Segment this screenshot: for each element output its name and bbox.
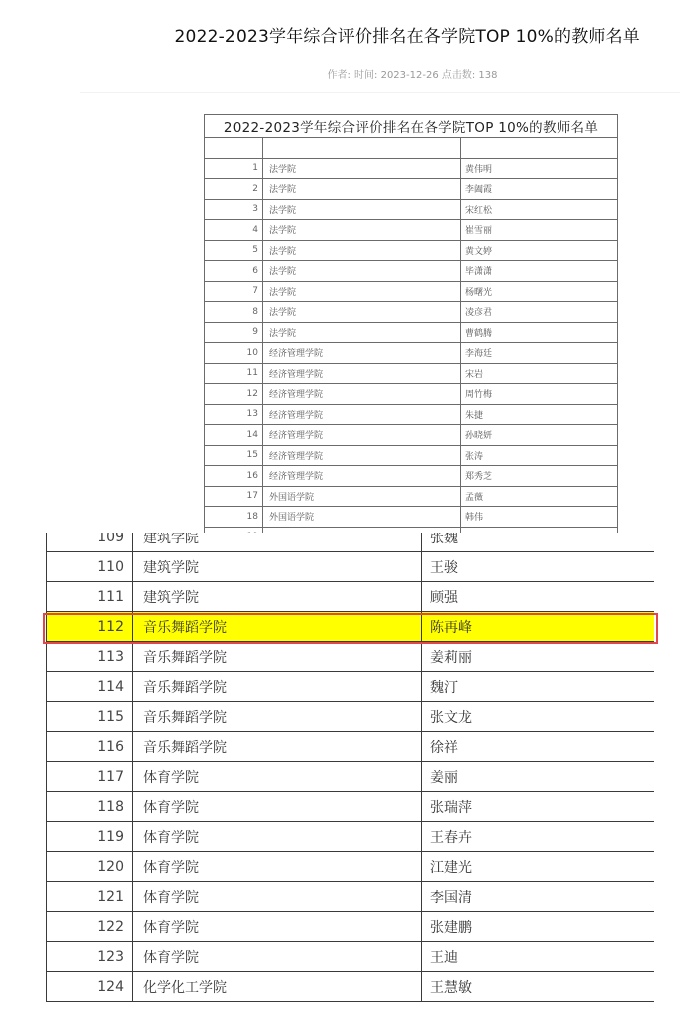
college-cell: 经济管理学院 xyxy=(263,343,461,364)
row-number: 121 xyxy=(47,882,133,912)
teacher-name-cell: 魏汀 xyxy=(422,672,655,702)
row-number: 1 xyxy=(205,158,263,179)
teacher-name-cell: 张魏 xyxy=(422,533,655,552)
teacher-name-cell: 姜莉丽 xyxy=(422,642,655,672)
teacher-name-cell: 李海廷 xyxy=(461,343,618,364)
small-table-image: 2022-2023学年综合评价排名在各学院TOP 10%的教师名单 1法学院黄伟… xyxy=(203,113,619,533)
teacher-name-cell: 李国清 xyxy=(422,882,655,912)
teacher-name-cell: 杨曙光 xyxy=(461,281,618,302)
teacher-name-cell: 崔雪丽 xyxy=(461,220,618,241)
teacher-name-cell: 曹鹤腾 xyxy=(461,322,618,343)
table-row: 11经济管理学院宋岩 xyxy=(205,363,618,384)
college-cell: 法学院 xyxy=(263,240,461,261)
row-number: 4 xyxy=(205,220,263,241)
college-cell: 音乐舞蹈学院 xyxy=(133,732,422,762)
row-number: 113 xyxy=(47,642,133,672)
teacher-name-cell: 凌彦君 xyxy=(461,302,618,323)
table-row: 122体育学院张建鹏 xyxy=(47,912,655,942)
college-cell: 建筑学院 xyxy=(133,552,422,582)
row-number: 109 xyxy=(47,533,133,552)
teacher-name-cell: 王春卉 xyxy=(422,822,655,852)
table-row: 12经济管理学院周竹梅 xyxy=(205,384,618,405)
row-number: 118 xyxy=(47,792,133,822)
teacher-name-cell: 王迪 xyxy=(422,942,655,972)
teacher-name-cell: 张建鹏 xyxy=(422,912,655,942)
row-number: 12 xyxy=(205,384,263,405)
college-cell: 法学院 xyxy=(263,158,461,179)
teacher-name-cell: 江建光 xyxy=(422,852,655,882)
table-row: 112音乐舞蹈学院陈再峰 xyxy=(47,612,655,642)
college-cell: 法学院 xyxy=(263,302,461,323)
row-number: 112 xyxy=(47,612,133,642)
row-number: 3 xyxy=(205,199,263,220)
college-cell: 法学院 xyxy=(263,281,461,302)
college-cell: 体育学院 xyxy=(133,822,422,852)
table-row: 13经济管理学院朱捷 xyxy=(205,404,618,425)
table-row: 15经济管理学院张涛 xyxy=(205,445,618,466)
row-number: 5 xyxy=(205,240,263,261)
row-number: 11 xyxy=(205,363,263,384)
college-cell: 音乐舞蹈学院 xyxy=(133,642,422,672)
table-row: 116音乐舞蹈学院徐祥 xyxy=(47,732,655,762)
college-cell: 经济管理学院 xyxy=(263,363,461,384)
row-number: 122 xyxy=(47,912,133,942)
teacher-name-cell: 毕潇潇 xyxy=(461,261,618,282)
teacher-name-cell: 张文龙 xyxy=(422,702,655,732)
teacher-name-cell: 徐祥 xyxy=(422,732,655,762)
teacher-name-cell: 李阖霞 xyxy=(461,179,618,200)
teacher-name-cell: 宋红松 xyxy=(461,199,618,220)
row-number: 119 xyxy=(47,822,133,852)
row-number: 116 xyxy=(47,732,133,762)
row-number: 111 xyxy=(47,582,133,612)
college-cell: 经济管理学院 xyxy=(263,425,461,446)
row-number: 114 xyxy=(47,672,133,702)
row-number: 115 xyxy=(47,702,133,732)
page-title: 2022-2023学年综合评价排名在各学院TOP 10%的教师名单 xyxy=(0,22,680,47)
table-row: 113音乐舞蹈学院姜莉丽 xyxy=(47,642,655,672)
row-number: 8 xyxy=(205,302,263,323)
college-cell: 经济管理学院 xyxy=(263,404,461,425)
college-cell: 法学院 xyxy=(263,261,461,282)
table-row: 124化学化工学院王慧敏 xyxy=(47,972,655,1002)
teacher-name-cell: 王慧敏 xyxy=(422,972,655,1002)
college-cell: 法学院 xyxy=(263,322,461,343)
college-cell: 法学院 xyxy=(263,179,461,200)
teacher-name-cell: 朱捷 xyxy=(461,404,618,425)
table-row: 121体育学院李国清 xyxy=(47,882,655,912)
header-cell xyxy=(205,138,263,159)
college-cell: 法学院 xyxy=(263,199,461,220)
table-row: 9法学院曹鹤腾 xyxy=(205,322,618,343)
college-cell: 体育学院 xyxy=(133,942,422,972)
college-cell: 建筑学院 xyxy=(133,533,422,552)
article-meta: 作者: 时间: 2023-12-26 点击数: 138 xyxy=(0,66,680,81)
teacher-name-cell: 黄文婷 xyxy=(461,240,618,261)
row-number: 120 xyxy=(47,852,133,882)
college-cell: 体育学院 xyxy=(133,912,422,942)
table-row: 109建筑学院张魏 xyxy=(47,533,655,552)
table-row: 7法学院杨曙光 xyxy=(205,281,618,302)
row-number: 15 xyxy=(205,445,263,466)
college-cell: 建筑学院 xyxy=(133,582,422,612)
college-cell: 体育学院 xyxy=(133,762,422,792)
teacher-name-cell: 周竹梅 xyxy=(461,384,618,405)
row-number: 123 xyxy=(47,942,133,972)
college-cell: 音乐舞蹈学院 xyxy=(133,702,422,732)
row-number: 13 xyxy=(205,404,263,425)
table-row: 114音乐舞蹈学院魏汀 xyxy=(47,672,655,702)
row-number: 2 xyxy=(205,179,263,200)
row-number: 6 xyxy=(205,261,263,282)
big-table-image: 109建筑学院张魏110建筑学院王骏111建筑学院顾强112音乐舞蹈学院陈再峰1… xyxy=(46,533,654,1010)
row-number: 16 xyxy=(205,466,263,487)
college-cell: 外国语学院 xyxy=(263,507,461,528)
table-row: 118体育学院张瑞萍 xyxy=(47,792,655,822)
college-cell: 经济管理学院 xyxy=(263,384,461,405)
table-row: 10经济管理学院李海廷 xyxy=(205,343,618,364)
college-cell: 体育学院 xyxy=(133,852,422,882)
row-number: 9 xyxy=(205,322,263,343)
header-cell xyxy=(263,138,461,159)
small-table-title: 2022-2023学年综合评价排名在各学院TOP 10%的教师名单 xyxy=(205,115,618,138)
college-cell: 音乐舞蹈学院 xyxy=(133,672,422,702)
divider xyxy=(80,92,680,93)
table-row: 16经济管理学院郑秀芝 xyxy=(205,466,618,487)
row-number: 10 xyxy=(205,343,263,364)
table-row: 4法学院崔雪丽 xyxy=(205,220,618,241)
teacher-name-cell: 张瑞萍 xyxy=(422,792,655,822)
college-cell: 体育学院 xyxy=(133,882,422,912)
college-cell: 外国语学院 xyxy=(263,486,461,507)
row-number: 124 xyxy=(47,972,133,1002)
row-number: 14 xyxy=(205,425,263,446)
college-cell: 音乐舞蹈学院 xyxy=(133,612,422,642)
table-row: 14经济管理学院孙晓妍 xyxy=(205,425,618,446)
big-table: 109建筑学院张魏110建筑学院王骏111建筑学院顾强112音乐舞蹈学院陈再峰1… xyxy=(46,533,654,1002)
table-row: 17外国语学院孟薇 xyxy=(205,486,618,507)
teacher-name-cell: 黄伟明 xyxy=(461,158,618,179)
college-cell: 经济管理学院 xyxy=(263,466,461,487)
college-cell: 化学化工学院 xyxy=(133,972,422,1002)
header-cell xyxy=(461,138,618,159)
table-row: 8法学院凌彦君 xyxy=(205,302,618,323)
teacher-name-cell: 陈再峰 xyxy=(422,612,655,642)
row-number: 17 xyxy=(205,486,263,507)
college-cell: 体育学院 xyxy=(133,792,422,822)
table-row: 123体育学院王迪 xyxy=(47,942,655,972)
small-table: 2022-2023学年综合评价排名在各学院TOP 10%的教师名单 1法学院黄伟… xyxy=(204,114,618,533)
teacher-name-cell: 孙晓妍 xyxy=(461,425,618,446)
table-row: 117体育学院姜丽 xyxy=(47,762,655,792)
college-cell: 法学院 xyxy=(263,220,461,241)
teacher-name-cell: 张涛 xyxy=(461,445,618,466)
college-cell: 经济管理学院 xyxy=(263,445,461,466)
teacher-name-cell: 顾强 xyxy=(422,582,655,612)
table-row: 119体育学院王春卉 xyxy=(47,822,655,852)
teacher-name-cell: 姜丽 xyxy=(422,762,655,792)
table-row: 120体育学院江建光 xyxy=(47,852,655,882)
table-row: 115音乐舞蹈学院张文龙 xyxy=(47,702,655,732)
teacher-name-cell: 孟薇 xyxy=(461,486,618,507)
table-row: 111建筑学院顾强 xyxy=(47,582,655,612)
row-number: 18 xyxy=(205,507,263,528)
table-row: 18外国语学院韩伟 xyxy=(205,507,618,528)
row-number: 110 xyxy=(47,552,133,582)
table-row: 2法学院李阖霞 xyxy=(205,179,618,200)
teacher-name-cell: 韩伟 xyxy=(461,507,618,528)
table-row: 3法学院宋红松 xyxy=(205,199,618,220)
table-row: 110建筑学院王骏 xyxy=(47,552,655,582)
row-number: 117 xyxy=(47,762,133,792)
row-number: 7 xyxy=(205,281,263,302)
teacher-name-cell: 郑秀芝 xyxy=(461,466,618,487)
table-row: 5法学院黄文婷 xyxy=(205,240,618,261)
teacher-name-cell: 王骏 xyxy=(422,552,655,582)
teacher-name-cell: 宋岩 xyxy=(461,363,618,384)
table-row: 6法学院毕潇潇 xyxy=(205,261,618,282)
table-row: 1法学院黄伟明 xyxy=(205,158,618,179)
